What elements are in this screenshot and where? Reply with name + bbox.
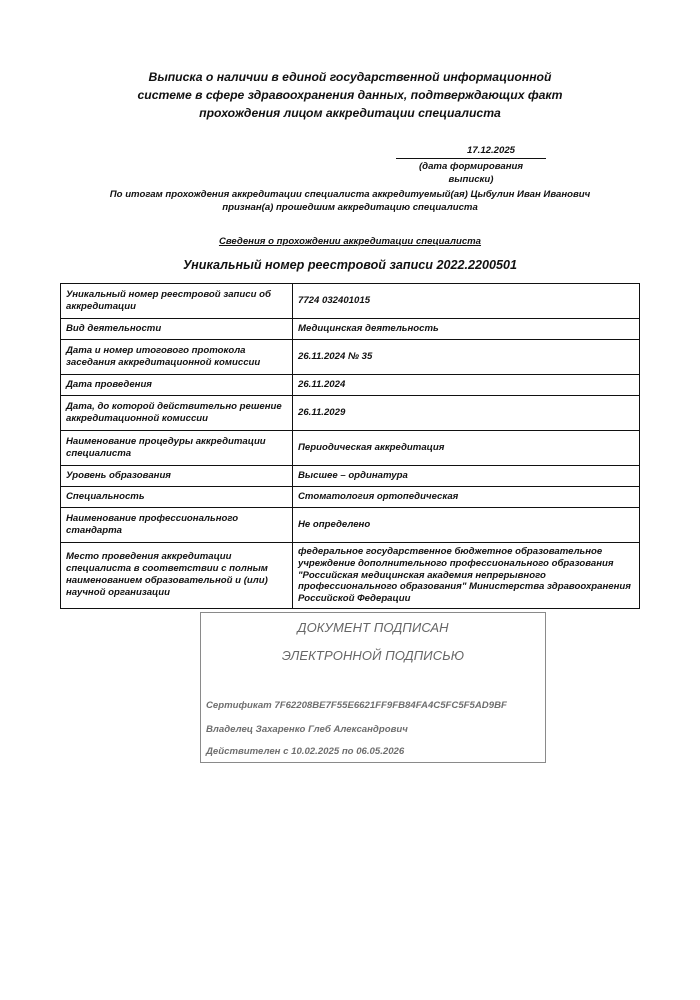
row-label: Наименование процедуры аккредитации спец… <box>61 431 293 466</box>
table-row: Наименование профессионального стандарта… <box>61 508 640 543</box>
table-row: Уровень образования Высшее – ординатура <box>61 466 640 487</box>
stamp-title-line2: ЭЛЕКТРОННОЙ ПОДПИСЬЮ <box>201 648 545 663</box>
row-label: Уникальный номер реестровой записи об ак… <box>61 284 293 319</box>
table-row: Дата проведения 26.11.2024 <box>61 375 640 396</box>
row-label: Специальность <box>61 487 293 508</box>
electronic-signature-stamp: ДОКУМЕНТ ПОДПИСАН ЭЛЕКТРОННОЙ ПОДПИСЬЮ С… <box>200 612 546 763</box>
table-row: Специальность Стоматология ортопедическа… <box>61 487 640 508</box>
row-value: 7724 032401015 <box>293 284 640 319</box>
certificate-number: Сертификат 7F62208BE7F55E6621FF9FB84FA4C… <box>206 700 507 711</box>
row-label: Наименование профессионального стандарта <box>61 508 293 543</box>
accreditation-statement-line: признан(а) прошедшим аккредитацию специа… <box>60 201 640 214</box>
row-label: Вид деятельности <box>61 319 293 340</box>
row-value: Высшее – ординатура <box>293 466 640 487</box>
row-label: Дата и номер итогового протокола заседан… <box>61 340 293 375</box>
certificate-validity: Действителен с 10.02.2025 по 06.05.2026 <box>206 746 404 757</box>
table-row: Наименование процедуры аккредитации спец… <box>61 431 640 466</box>
row-value: 26.11.2024 № 35 <box>293 340 640 375</box>
table-row: Дата, до которой действительно решение а… <box>61 396 640 431</box>
row-value: 26.11.2029 <box>293 396 640 431</box>
document-title: Выписка о наличии в единой государственн… <box>100 68 600 122</box>
table-row: Уникальный номер реестровой записи об ак… <box>61 284 640 319</box>
table-row: Вид деятельности Медицинская деятельност… <box>61 319 640 340</box>
table-row: Дата и номер итогового протокола заседан… <box>61 340 640 375</box>
row-label: Дата, до которой действительно решение а… <box>61 396 293 431</box>
row-value: федеральное государственное бюджетное об… <box>293 543 640 609</box>
row-value: Стоматология ортопедическая <box>293 487 640 508</box>
section-heading: Сведения о прохождении аккредитации спец… <box>100 236 600 247</box>
registry-number: Уникальный номер реестровой записи 2022.… <box>100 258 600 272</box>
table-row: Место проведения аккредитации специалист… <box>61 543 640 609</box>
document-title-line: Выписка о наличии в единой государственн… <box>100 68 600 86</box>
row-value: Не определено <box>293 508 640 543</box>
row-value: 26.11.2024 <box>293 375 640 396</box>
formation-date-block: 17.12.2025 (дата формирования выписки) <box>396 145 546 186</box>
accreditation-info-table: Уникальный номер реестровой записи об ак… <box>60 283 640 609</box>
row-value: Медицинская деятельность <box>293 319 640 340</box>
row-label: Дата проведения <box>61 375 293 396</box>
row-value: Периодическая аккредитация <box>293 431 640 466</box>
stamp-title-line1: ДОКУМЕНТ ПОДПИСАН <box>201 620 545 635</box>
document-title-line: системе в сфере здравоохранения данных, … <box>100 86 600 104</box>
row-label: Уровень образования <box>61 466 293 487</box>
accreditation-statement: По итогам прохождения аккредитации специ… <box>60 188 640 214</box>
accreditation-statement-line: По итогам прохождения аккредитации специ… <box>60 188 640 201</box>
formation-date: 17.12.2025 <box>396 145 546 159</box>
formation-date-caption: (дата формирования выписки) <box>396 159 546 186</box>
document-title-line: прохождения лицом аккредитации специалис… <box>100 104 600 122</box>
row-label: Место проведения аккредитации специалист… <box>61 543 293 609</box>
certificate-owner: Владелец Захаренко Глеб Александрович <box>206 724 408 735</box>
